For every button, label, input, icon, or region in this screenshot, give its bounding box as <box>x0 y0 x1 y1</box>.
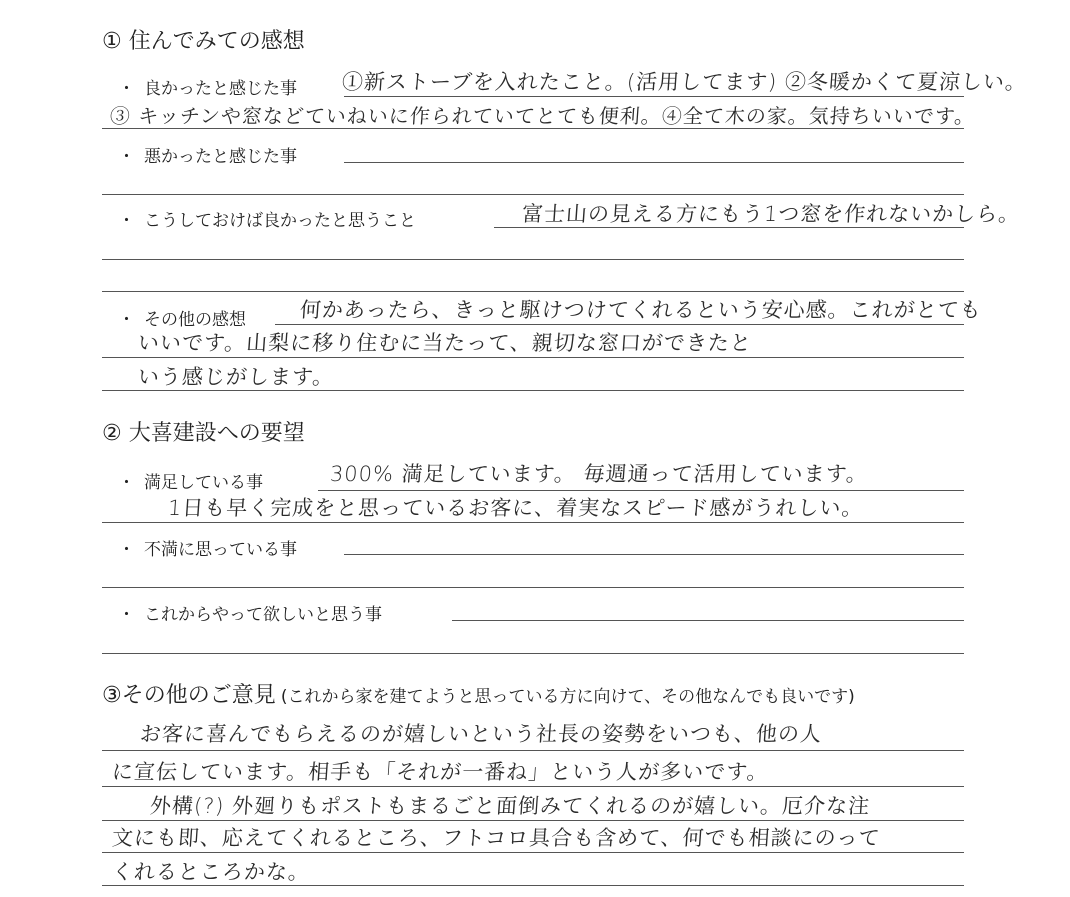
rule-line <box>102 820 964 821</box>
bad-points-label: ・悪かったと感じた事 <box>104 142 297 167</box>
other-impressions-answer-2: いいです。山梨に移り住むに当たって、親切な窓口ができたと <box>137 327 753 357</box>
bad-points-label-text: 悪かったと感じた事 <box>144 147 297 167</box>
wishes-answer-line-2[interactable] <box>102 653 964 654</box>
wishes-label-text: これからやって欲しいと思う事 <box>144 605 382 625</box>
rule-line <box>102 259 964 260</box>
rule-line <box>102 291 964 292</box>
other-opinion-line-3: 外構(?) 外廻りもポストもまるごと面倒みてくれるのが嬉しい。厄介な注 <box>149 790 871 820</box>
dissatisfied-answer-line-1[interactable] <box>344 554 964 555</box>
other-impressions-answer-3: いう感じがします。 <box>137 361 335 391</box>
other-impressions-answer-1: 何かあったら、きっと駆けつけてくれるという安心感。これがとても <box>299 294 983 324</box>
bullet: ・ <box>104 600 144 625</box>
should-have-label: ・こうしておけば良かったと思うこと <box>104 206 416 231</box>
dissatisfied-answer-line-2[interactable] <box>102 587 964 588</box>
bad-points-answer-line-2[interactable] <box>102 194 964 195</box>
rule-line <box>318 490 964 491</box>
should-have-answer: 富士山の見える方にもう1つ窓を作れないかしら。 <box>521 198 1021 228</box>
satisfied-answer-2: 1日も早く完成をと思っているお客に、着実なスピード感がうれしい。 <box>167 492 865 522</box>
other-opinion-line-4: 文にも即、応えてくれるところ、フトコロ具合も含めて、何でも相談にのって <box>111 822 882 852</box>
rule-line <box>102 357 964 358</box>
bad-points-answer-line-1[interactable] <box>344 162 964 163</box>
rule-line <box>102 750 964 751</box>
section-3-subtitle: (これから家を建てようと思っている方に向けて、その他なんでも良いです) <box>281 687 855 707</box>
good-points-answer-2: ③ キッチンや窓などていねいに作られていてとても便利。④全て木の家。気持ちいいで… <box>109 100 976 129</box>
rule-line <box>102 786 964 787</box>
bullet: ・ <box>104 535 144 560</box>
bullet: ・ <box>104 74 144 99</box>
bullet: ・ <box>104 468 144 493</box>
wishes-label: ・これからやって欲しいと思う事 <box>104 600 382 625</box>
good-points-answer-1: ①新ストーブを入れたこと。(活用してます) ②冬暖かくて夏涼しい。 <box>341 66 1028 96</box>
rule-line <box>275 324 964 325</box>
satisfied-answer-1: 300% 満足しています。 毎週通って活用しています。 <box>329 458 869 488</box>
wishes-answer-line-1[interactable] <box>452 620 964 621</box>
other-opinion-line-5: くれるところかな。 <box>111 856 311 886</box>
bullet: ・ <box>104 142 144 167</box>
good-points-label: ・良かったと感じた事 <box>104 74 297 99</box>
dissatisfied-label-text: 不満に思っている事 <box>144 540 297 560</box>
satisfied-label-text: 満足している事 <box>144 473 263 493</box>
satisfied-label: ・満足している事 <box>104 468 263 493</box>
other-opinion-line-1: お客に喜んでもらえるのが嬉しいという社長の姿勢をいつも、他の人 <box>139 718 823 748</box>
bullet: ・ <box>104 206 144 231</box>
rule-line <box>102 852 964 853</box>
other-opinion-line-2: に宣伝しています。相手も「それが一番ね」という人が多いです。 <box>111 756 770 786</box>
section-1-title: ① 住んでみての感想 <box>102 24 305 55</box>
should-have-label-text: こうしておけば良かったと思うこと <box>144 211 416 231</box>
good-points-label-text: 良かったと感じた事 <box>144 79 297 99</box>
bullet: ・ <box>104 305 144 330</box>
dissatisfied-label: ・不満に思っている事 <box>104 535 297 560</box>
rule-line <box>344 96 964 97</box>
section-3-title: ③その他のご意見 <box>102 683 276 708</box>
section-2-title: ② 大喜建設への要望 <box>102 416 305 447</box>
section-3-header: ③その他のご意見 (これから家を建てようと思っている方に向けて、その他なんでも良… <box>102 678 855 709</box>
rule-line <box>102 522 964 523</box>
